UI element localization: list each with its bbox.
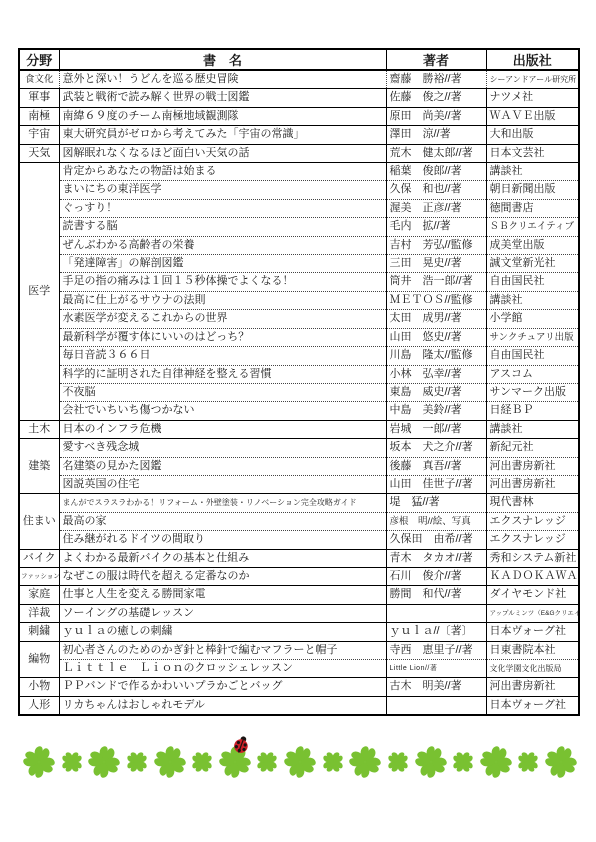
header-author: 著者 xyxy=(386,49,486,70)
author-cell: ＭＥＴＯＳ//監修 xyxy=(386,291,486,309)
clover-icon xyxy=(20,743,58,781)
table-row: 図説英国の住宅山田 佳世子//著河出書房新社 xyxy=(19,475,579,493)
category-cell: 住まい xyxy=(19,494,59,549)
publisher-cell: 講談社 xyxy=(486,420,579,438)
title-cell: 読書する脳 xyxy=(59,218,386,236)
author-cell: 勝間 和代//著 xyxy=(386,586,486,604)
header-title: 書 名 xyxy=(59,49,386,70)
table-row: 人形リカちゃんはおしゃれモデル日本ヴォーグ社 xyxy=(19,696,579,715)
title-cell: 最高の家 xyxy=(59,512,386,530)
category-cell: 家庭 xyxy=(19,586,59,604)
title-cell: 「発達障害」の解剖図鑑 xyxy=(59,255,386,273)
table-row: 南極南緯６９度のチーム南極地域観測隊原田 尚美//著ＷＡＶＥ出版 xyxy=(19,107,579,125)
table-row: 水素医学が変えるこれからの世界太田 成男//著小学館 xyxy=(19,310,579,328)
table-row: 名建築の見かた図鑑後藤 真吾//著河出書房新社 xyxy=(19,457,579,475)
title-cell: ぜんぶわかる高齢者の栄養 xyxy=(59,236,386,254)
publisher-cell: 朝日新聞出版 xyxy=(486,181,579,199)
table-row: ファッションなぜこの服は時代を超える定番なのか石川 俊介//著ＫＡＤＯＫＡＷＡ xyxy=(19,567,579,585)
publisher-cell: 文化学園文化出版局 xyxy=(486,660,579,678)
author-cell: 荒木 健太郎//著 xyxy=(386,144,486,162)
title-cell: 住み継がれるドイツの間取り xyxy=(59,531,386,549)
category-cell: 編物 xyxy=(19,641,59,678)
table-row: 刺繍ｙｕｌａの癒しの刺繍ｙｕｌａ//〔著〕日本ヴォーグ社 xyxy=(19,623,579,641)
table-row: 小物ＰＰバンドで作るかわいいプラかごとバッグ古木 明美//著河出書房新社 xyxy=(19,678,579,696)
title-cell: リカちゃんはおしゃれモデル xyxy=(59,696,386,715)
category-cell: 医学 xyxy=(19,163,59,421)
table-row: Ｌｉｔｔｌｅ ＬｉｏｎのクロッシェレッスンLittle Lion//著文化学園文… xyxy=(19,660,579,678)
publisher-cell: ＷＡＶＥ出版 xyxy=(486,107,579,125)
publisher-cell: ダイヤモンド社 xyxy=(486,586,579,604)
table-row: 軍事武装と戦術で読み解く世界の戦士図鑑佐藤 俊之//著ナツメ社 xyxy=(19,89,579,107)
table-row: 土木日本のインフラ危機岩城 一郎//著講談社 xyxy=(19,420,579,438)
publisher-cell: アップルミンツ（E&Gクリエイツ） xyxy=(486,604,579,622)
publisher-cell: エクスナレッジ xyxy=(486,531,579,549)
author-cell: 久保 和也//著 xyxy=(386,181,486,199)
title-cell: なぜこの服は時代を超える定番なのか xyxy=(59,567,386,585)
table-row: 毎日音読３６６日川島 隆太//監修自由国民社 xyxy=(19,347,579,365)
title-cell: 図説英国の住宅 xyxy=(59,475,386,493)
author-cell: 毛内 拡//著 xyxy=(386,218,486,236)
author-cell xyxy=(386,696,486,715)
title-cell: 肯定からあなたの物語は始まる xyxy=(59,163,386,181)
table-row: 宇宙東大研究員がゼロから考えてみた「宇宙の常識」澤田 涼//著大和出版 xyxy=(19,126,579,144)
publisher-cell: エクスナレッジ xyxy=(486,512,579,530)
author-cell: ｙｕｌａ//〔著〕 xyxy=(386,623,486,641)
category-cell: 建築 xyxy=(19,439,59,494)
table-row: 医学肯定からあなたの物語は始まる稲葉 俊郎//著講談社 xyxy=(19,163,579,181)
author-cell: 齋藤 勝裕//著 xyxy=(386,70,486,89)
table-row: 科学的に証明された自律神経を整える習慣小林 弘幸//著アスコム xyxy=(19,365,579,383)
title-cell: ｙｕｌａの癒しの刺繍 xyxy=(59,623,386,641)
category-cell: 南極 xyxy=(19,107,59,125)
category-cell: 土木 xyxy=(19,420,59,438)
publisher-cell: ＳＢクリエイティブ xyxy=(486,218,579,236)
title-cell: 会社でいちいち傷つかない xyxy=(59,402,386,420)
author-cell: 後藤 真吾//著 xyxy=(386,457,486,475)
table-row: 「発達障害」の解剖図鑑三田 晃史//著誠文堂新光社 xyxy=(19,255,579,273)
title-cell: 意外と深い！うどんを巡る歴史冒険 xyxy=(59,70,386,89)
author-cell: 筒井 浩一郎//著 xyxy=(386,273,486,291)
publisher-cell: 日本文芸社 xyxy=(486,144,579,162)
table-row: 最高の家彦根 明//絵、写真エクスナレッジ xyxy=(19,512,579,530)
title-cell: 不夜脳 xyxy=(59,383,386,401)
table-row: 会社でいちいち傷つかない中島 美鈴//著日経ＢＰ xyxy=(19,402,579,420)
title-cell: ソーイングの基礎レッスン xyxy=(59,604,386,622)
publisher-cell: 日本ヴォーグ社 xyxy=(486,623,579,641)
table-row: 読書する脳毛内 拡//著ＳＢクリエイティブ xyxy=(19,218,579,236)
publisher-cell: 自由国民社 xyxy=(486,347,579,365)
table-row: 洋裁ソーイングの基礎レッスンアップルミンツ（E&Gクリエイツ） xyxy=(19,604,579,622)
category-cell: 人形 xyxy=(19,696,59,715)
author-cell: 稲葉 俊郎//著 xyxy=(386,163,486,181)
clover-strip xyxy=(20,736,580,788)
publisher-cell: 誠文堂新光社 xyxy=(486,255,579,273)
book-table: 分野 書 名 著者 出版社 食文化意外と深い！うどんを巡る歴史冒険齋藤 勝裕//… xyxy=(18,48,580,716)
clover-icon xyxy=(346,743,384,781)
author-cell: 古木 明美//著 xyxy=(386,678,486,696)
author-cell: 三田 晃史//著 xyxy=(386,255,486,273)
publisher-cell: 日東書院本社 xyxy=(486,641,579,659)
publisher-cell: 河出書房新社 xyxy=(486,475,579,493)
publisher-cell: サンクチュアリ出版 xyxy=(486,328,579,346)
publisher-cell: 講談社 xyxy=(486,291,579,309)
author-cell: 東島 威史//著 xyxy=(386,383,486,401)
table-row: 食文化意外と深い！うどんを巡る歴史冒険齋藤 勝裕//著シーアンドアール研究所 xyxy=(19,70,579,89)
publisher-cell: 大和出版 xyxy=(486,126,579,144)
table-row: 手足の指の痛みは１回１５秒体操でよくなる！筒井 浩一郎//著自由国民社 xyxy=(19,273,579,291)
title-cell: 水素医学が変えるこれからの世界 xyxy=(59,310,386,328)
author-cell: 吉村 芳弘//監修 xyxy=(386,236,486,254)
publisher-cell: ナツメ社 xyxy=(486,89,579,107)
title-cell: 初心者さんのためのかぎ針と棒針で編むマフラーと帽子 xyxy=(59,641,386,659)
category-cell: 軍事 xyxy=(19,89,59,107)
table-row: 編物初心者さんのためのかぎ針と棒針で編むマフラーと帽子寺西 恵里子//著日東書院… xyxy=(19,641,579,659)
title-cell: よくわかる最新バイクの基本と仕組み xyxy=(59,549,386,567)
table-row: ぐっすり！渥美 正彦//著徳間書店 xyxy=(19,199,579,217)
publisher-cell: ＫＡＤＯＫＡＷＡ xyxy=(486,567,579,585)
title-cell: まいにちの東洋医学 xyxy=(59,181,386,199)
publisher-cell: 河出書房新社 xyxy=(486,678,579,696)
publisher-cell: 日本ヴォーグ社 xyxy=(486,696,579,715)
table-header-row: 分野 書 名 著者 出版社 xyxy=(19,49,579,70)
table-row: 不夜脳東島 威史//著サンマーク出版 xyxy=(19,383,579,401)
author-cell: 佐藤 俊之//著 xyxy=(386,89,486,107)
table-row: 最新科学が覆す体にいいのはどっち？山田 悠史//著サンクチュアリ出版 xyxy=(19,328,579,346)
table-row: 天気図解眠れなくなるほど面白い天気の話荒木 健太郎//著日本文芸社 xyxy=(19,144,579,162)
category-cell: バイク xyxy=(19,549,59,567)
title-cell: 愛すべき残念城 xyxy=(59,439,386,457)
table-row: バイクよくわかる最新バイクの基本と仕組み青木 タカオ//著秀和システム新社 xyxy=(19,549,579,567)
book-table-body: 食文化意外と深い！うどんを巡る歴史冒険齋藤 勝裕//著シーアンドアール研究所軍事… xyxy=(19,70,579,715)
category-cell: 天気 xyxy=(19,144,59,162)
table-row: 住まいまんがでスラスラわかる！リフォーム・外壁塗装・リノベーション完全攻略ガイド… xyxy=(19,494,579,512)
author-cell: 青木 タカオ//著 xyxy=(386,549,486,567)
category-cell: 刺繍 xyxy=(19,623,59,641)
title-cell: 最高に仕上がるサウナの法則 xyxy=(59,291,386,309)
header-publisher: 出版社 xyxy=(486,49,579,70)
header-category: 分野 xyxy=(19,49,59,70)
publisher-cell: 新紀元社 xyxy=(486,439,579,457)
author-cell: 小林 弘幸//著 xyxy=(386,365,486,383)
category-cell: 食文化 xyxy=(19,70,59,89)
title-cell: 手足の指の痛みは１回１５秒体操でよくなる！ xyxy=(59,273,386,291)
author-cell: 彦根 明//絵、写真 xyxy=(386,512,486,530)
title-cell: ＰＰバンドで作るかわいいプラかごとバッグ xyxy=(59,678,386,696)
publisher-cell: 秀和システム新社 xyxy=(486,549,579,567)
publisher-cell: 小学館 xyxy=(486,310,579,328)
clover-icon xyxy=(542,743,580,781)
title-cell: 毎日音読３６６日 xyxy=(59,347,386,365)
title-cell: 最新科学が覆す体にいいのはどっち？ xyxy=(59,328,386,346)
category-cell: 宇宙 xyxy=(19,126,59,144)
author-cell: 山田 悠史//著 xyxy=(386,328,486,346)
author-cell: Little Lion//著 xyxy=(386,660,486,678)
publisher-cell: 日経ＢＰ xyxy=(486,402,579,420)
table-row: 住み継がれるドイツの間取り久保田 由希//著エクスナレッジ xyxy=(19,531,579,549)
author-cell: 中島 美鈴//著 xyxy=(386,402,486,420)
publisher-cell: アスコム xyxy=(486,365,579,383)
title-cell: まんがでスラスラわかる！リフォーム・外壁塗装・リノベーション完全攻略ガイド xyxy=(59,494,386,512)
title-cell: 名建築の見かた図鑑 xyxy=(59,457,386,475)
table-row: 家庭仕事と人生を変える勝間家電勝間 和代//著ダイヤモンド社 xyxy=(19,586,579,604)
publisher-cell: 成美堂出版 xyxy=(486,236,579,254)
table-row: ぜんぶわかる高齢者の栄養吉村 芳弘//監修成美堂出版 xyxy=(19,236,579,254)
title-cell: 南緯６９度のチーム南極地域観測隊 xyxy=(59,107,386,125)
author-cell: 川島 隆太//監修 xyxy=(386,347,486,365)
publisher-cell: 河出書房新社 xyxy=(486,457,579,475)
author-cell: 堤 猛//著 xyxy=(386,494,486,512)
title-cell: ぐっすり！ xyxy=(59,199,386,217)
author-cell: 坂本 犬之介//著 xyxy=(386,439,486,457)
category-cell: 洋裁 xyxy=(19,604,59,622)
table-row: 建築愛すべき残念城坂本 犬之介//著新紀元社 xyxy=(19,439,579,457)
author-cell: 渥美 正彦//著 xyxy=(386,199,486,217)
category-cell: ファッション xyxy=(19,567,59,585)
title-cell: 図解眠れなくなるほど面白い天気の話 xyxy=(59,144,386,162)
author-cell: 山田 佳世子//著 xyxy=(386,475,486,493)
title-cell: 日本のインフラ危機 xyxy=(59,420,386,438)
publisher-cell: 講談社 xyxy=(486,163,579,181)
author-cell xyxy=(386,604,486,622)
title-cell: 科学的に証明された自律神経を整える習慣 xyxy=(59,365,386,383)
author-cell: 石川 俊介//著 xyxy=(386,567,486,585)
title-cell: 武装と戦術で読み解く世界の戦士図鑑 xyxy=(59,89,386,107)
publisher-cell: 徳間書店 xyxy=(486,199,579,217)
title-cell: 仕事と人生を変える勝間家電 xyxy=(59,586,386,604)
category-cell: 小物 xyxy=(19,678,59,696)
table-row: まいにちの東洋医学久保 和也//著朝日新聞出版 xyxy=(19,181,579,199)
author-cell: 澤田 涼//著 xyxy=(386,126,486,144)
publisher-cell: 現代書林 xyxy=(486,494,579,512)
document-page: { "table": { "headers": ["分野", "書 名", "著… xyxy=(0,0,596,842)
title-cell: Ｌｉｔｔｌｅ Ｌｉｏｎのクロッシェレッスン xyxy=(59,660,386,678)
author-cell: 岩城 一郎//著 xyxy=(386,420,486,438)
clover-icon xyxy=(85,743,123,781)
author-cell: 原田 尚美//著 xyxy=(386,107,486,125)
title-cell: 東大研究員がゼロから考えてみた「宇宙の常識」 xyxy=(59,126,386,144)
author-cell: 寺西 恵里子//著 xyxy=(386,641,486,659)
publisher-cell: シーアンドアール研究所 xyxy=(486,70,579,89)
publisher-cell: サンマーク出版 xyxy=(486,383,579,401)
table-row: 最高に仕上がるサウナの法則ＭＥＴＯＳ//監修講談社 xyxy=(19,291,579,309)
author-cell: 太田 成男//著 xyxy=(386,310,486,328)
author-cell: 久保田 由希//著 xyxy=(386,531,486,549)
publisher-cell: 自由国民社 xyxy=(486,273,579,291)
clover-icon xyxy=(281,743,319,781)
